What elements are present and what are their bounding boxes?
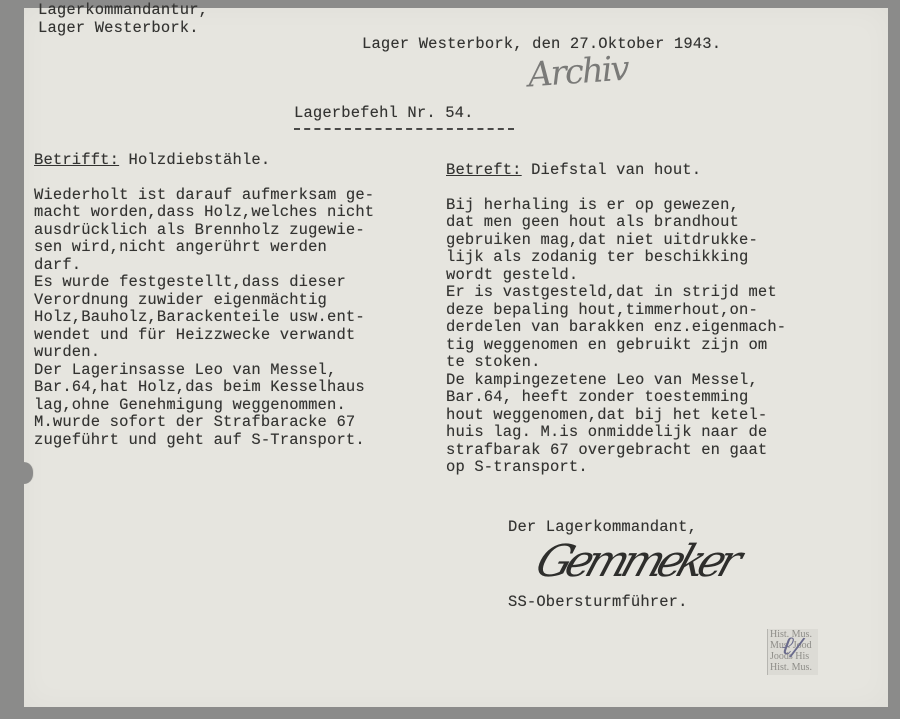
handwritten-archive-note: Archiv	[527, 49, 629, 96]
german-paragraph-1: Wiederholt ist darauf aufmerksam ge- mac…	[34, 187, 374, 275]
handwritten-signature: Gemmeker	[530, 536, 743, 587]
stamp-line: Hist. Mus.	[770, 662, 818, 673]
german-subject: Holzdiebstähle.	[119, 151, 270, 169]
dutch-subject-line: Betreft: Diefstal van hout.	[446, 162, 786, 180]
sender-line-2: Lager Westerbork.	[38, 20, 208, 38]
dutch-column: Betreft: Diefstal van hout.Bij herhaling…	[446, 162, 786, 477]
title-underline	[294, 128, 514, 130]
signatory-rank: SS-Obersturmführer.	[508, 594, 688, 612]
dutch-paragraph-3: De kampingezetene Leo van Messel, Bar.64…	[446, 372, 786, 477]
sender-line-1: Lagerkommandantur,	[38, 2, 208, 20]
german-subject-label: Betrifft:	[34, 151, 119, 169]
dutch-subject-label: Betreft:	[446, 161, 522, 179]
order-title: Lagerbefehl Nr. 54.	[294, 105, 474, 123]
german-subject-line: Betrifft: Holzdiebstähle.	[34, 152, 374, 170]
place-date: Lager Westerbork, den 27.Oktober 1943.	[362, 36, 721, 54]
dutch-paragraph-2: Er is vastgesteld,dat in strijd met deze…	[446, 284, 786, 372]
dutch-subject: Diefstal van hout.	[522, 161, 702, 179]
sender-header: Lagerkommandantur,Lager Westerbork.	[38, 2, 208, 37]
german-column: Betrifft: Holzdiebstähle.Wiederholt ist …	[34, 152, 374, 449]
signatory-role: Der Lagerkommandant,	[508, 519, 697, 537]
german-paragraph-2: Es wurde festgestellt,dass dieser Verord…	[34, 274, 374, 362]
dutch-paragraph-1: Bij herhaling is er op gewezen, dat men …	[446, 197, 786, 285]
german-paragraph-3: Der Lagerinsasse Leo van Messel, Bar.64,…	[34, 362, 374, 450]
